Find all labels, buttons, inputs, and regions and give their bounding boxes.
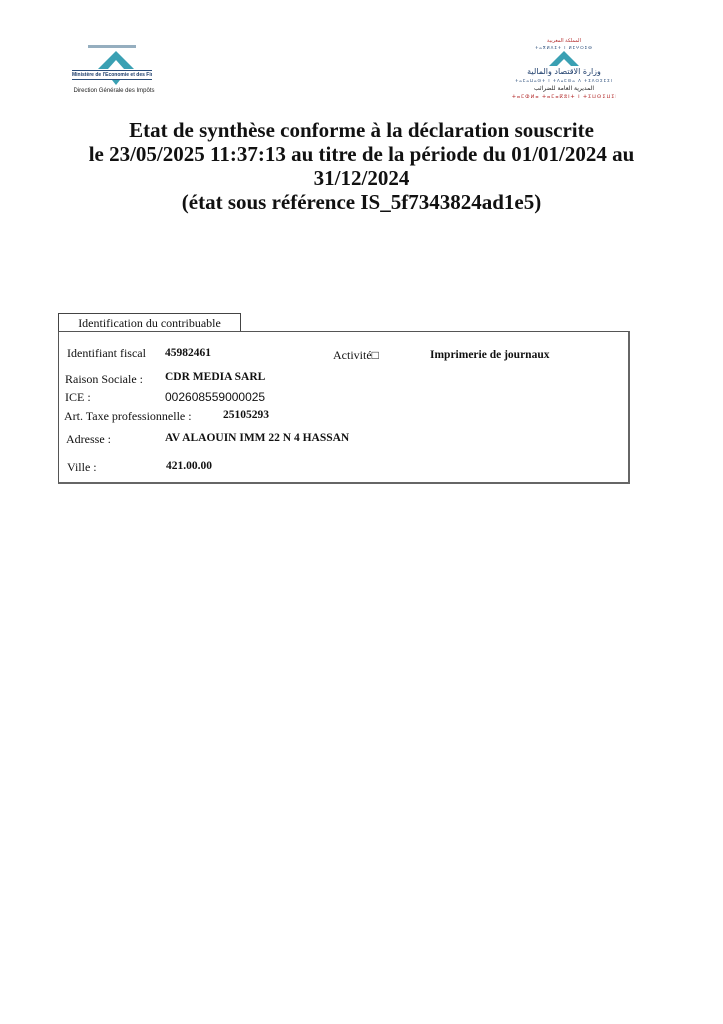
identifiant-fiscal-value: 45982461 xyxy=(165,346,211,360)
logo-line-tifinagh-dgi: ⵜⴰⵎⵀⵍⴰ ⵜⴰⵎⴰⴽⵓⵏⵜ ⵏ ⵜⵉⵡⵙⵉⵡⵉⵏ xyxy=(512,94,616,100)
roof-inner-shape xyxy=(108,60,124,69)
logo-band-text: Ministère de l'Economie et des Finances xyxy=(72,70,152,80)
activite-label: Activité□ xyxy=(333,348,379,362)
identifiant-fiscal-label: Identifiant fiscal xyxy=(67,346,146,360)
identification-tab: Identification du contribuable xyxy=(58,313,241,332)
logo-line-tifinagh-kingdom: ⵜⴰⴳⵍⴷⵉⵜ ⵏ ⵍⵎⵖⵔⵉⴱ xyxy=(512,45,616,50)
raison-sociale-value: CDR MEDIA SARL xyxy=(165,370,265,384)
logo-subtitle: Direction Générale des Impôts xyxy=(64,88,164,94)
logo-line-arabic-kingdom: المملكة المغربية xyxy=(512,38,616,44)
title-line-3: 31/12/2024 xyxy=(40,166,683,190)
adresse-label: Adresse : xyxy=(66,432,111,446)
ice-value: 002608559000025 xyxy=(165,390,265,404)
ville-label: Ville : xyxy=(67,460,97,474)
logo-drop-icon xyxy=(112,80,120,85)
raison-sociale-label: Raison Sociale : xyxy=(65,372,143,386)
logo-top-text: Royaume du Maroc xyxy=(88,45,136,48)
ville-value: 421.00.00 xyxy=(166,459,212,473)
title-line-4: (état sous référence IS_5f7343824ad1e5) xyxy=(40,190,683,214)
ice-label: ICE : xyxy=(65,390,91,404)
taxe-professionnelle-label: Art. Taxe professionnelle : xyxy=(64,409,192,423)
roof-inner-shape xyxy=(557,59,571,66)
taxe-professionnelle-value: 25105293 xyxy=(223,408,269,422)
logo-line-arabic-ministry: وزارة الاقتصاد والمالية xyxy=(512,67,616,76)
logo-line-tifinagh-ministry: ⵜⴰⵎⴰⵡⴰⵙⵜ ⵏ ⵜⴷⴰⵎⵙⴰ ⴷ ⵜⵉⴷⵔⵉⵎⵉⵏ xyxy=(512,78,616,83)
document-title: Etat de synthèse conforme à la déclarati… xyxy=(40,118,683,214)
adresse-value: AV ALAOUIN IMM 22 N 4 HASSAN xyxy=(165,431,349,445)
activite-value: Imprimerie de journaux xyxy=(430,348,549,362)
logo-line-arabic-dgi: المديرية العامة للضرائب xyxy=(512,85,616,92)
dgi-logo-left: Royaume du Maroc Ministère de l'Economie… xyxy=(62,42,172,100)
title-line-2: le 23/05/2025 11:37:13 au titre de la pé… xyxy=(40,142,683,166)
ministry-logo-right: المملكة المغربية ⵜⴰⴳⵍⴷⵉⵜ ⵏ ⵍⵎⵖⵔⵉⴱ وزارة … xyxy=(512,36,616,106)
title-line-1: Etat de synthèse conforme à la déclarati… xyxy=(40,118,683,142)
